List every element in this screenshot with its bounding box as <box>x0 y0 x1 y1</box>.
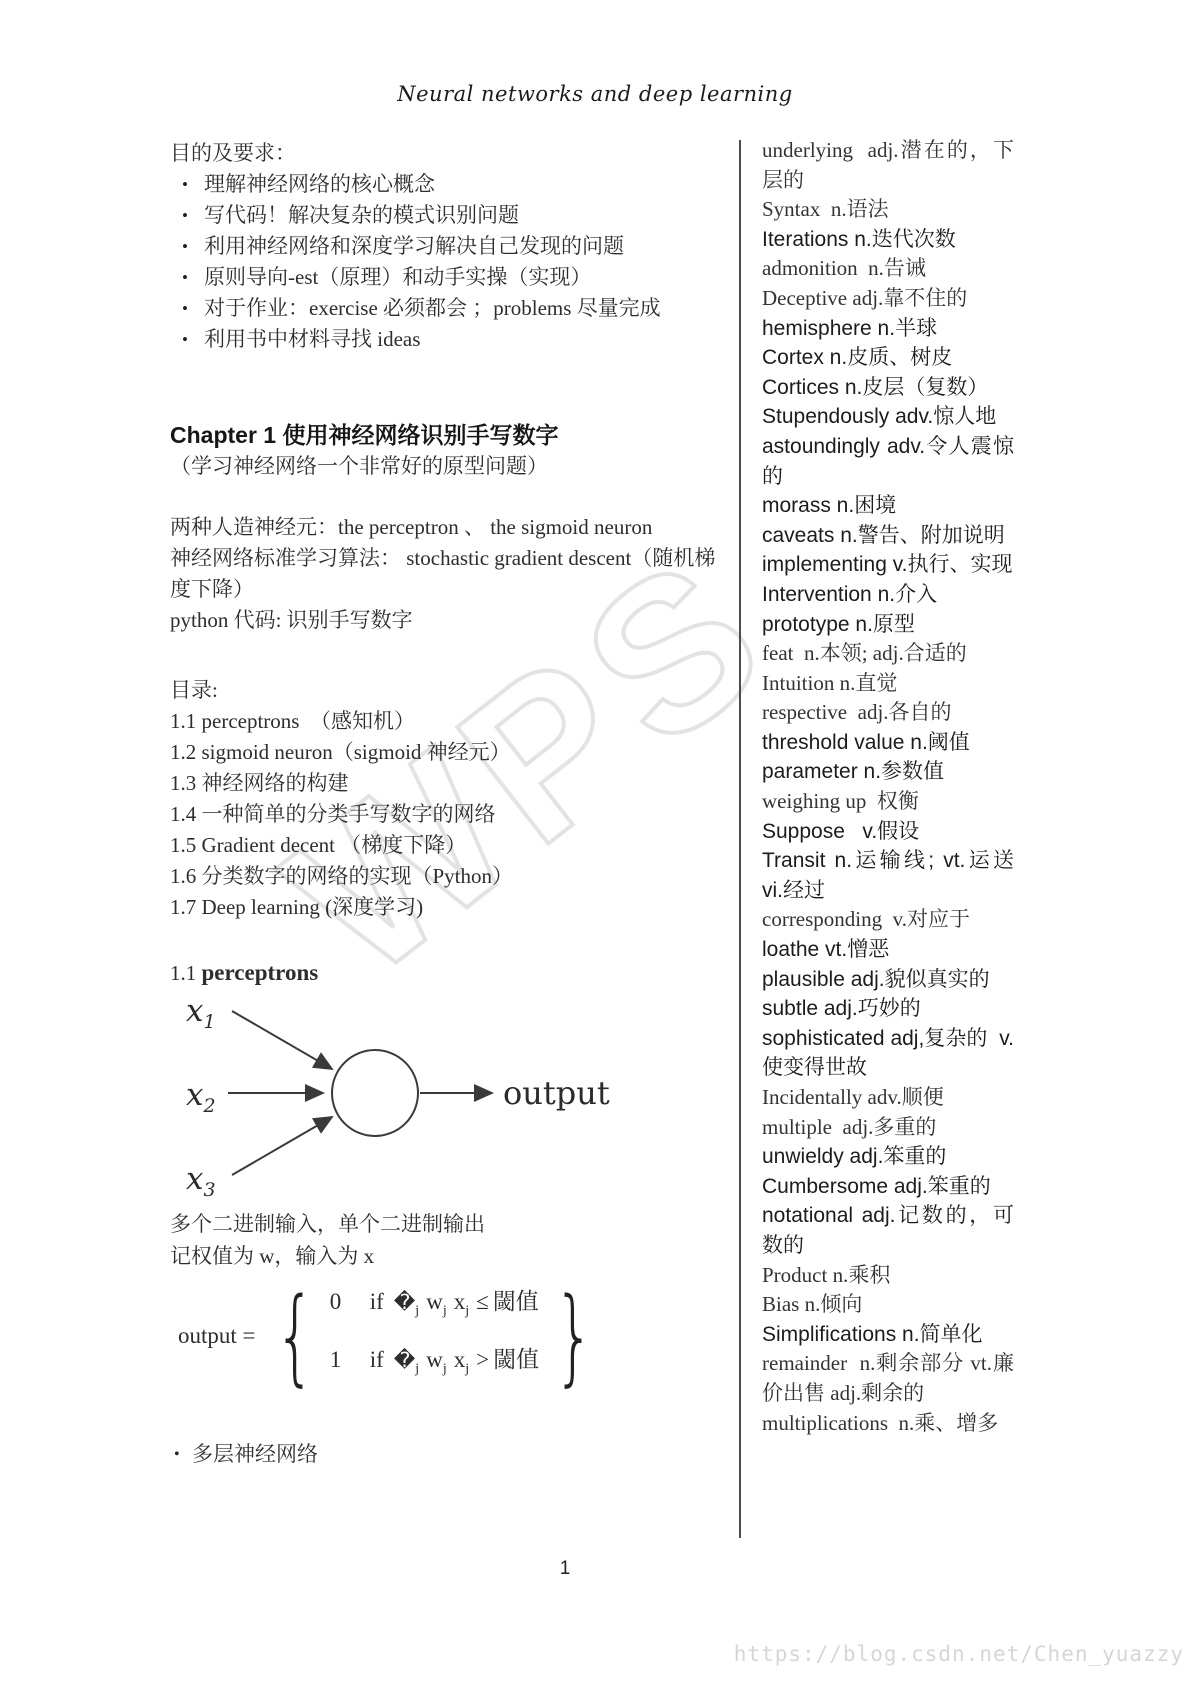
vocab-item: feat n.本领; adj.合适的 <box>762 639 1014 669</box>
vocab-item: Cortices n.皮层（复数） <box>762 373 1014 403</box>
case-operator: ≤ <box>476 1278 489 1326</box>
bullet-text: 写代码！解决复杂的模式识别问题 <box>204 200 519 231</box>
section-title: perceptrons <box>202 960 319 985</box>
vocab-item: hemisphere n.半球 <box>762 314 1014 344</box>
threshold-text: 閾值 <box>493 1278 539 1326</box>
bullet-item: 原则导向-est（原理）和动手实操（实现） <box>170 262 732 293</box>
case-if: if <box>370 1336 384 1384</box>
perceptron-formula: output = { 0 if �j wj xj ≤ 閾值 1 if �j wj <box>178 1278 732 1393</box>
formula-case: 0 if �j wj xj ≤ 閾值 <box>330 1278 539 1336</box>
vocab-item: Deceptive adj.靠不住的 <box>762 284 1014 314</box>
toc-item: 1.6 分类数字的网络的实现（Python） <box>170 861 732 892</box>
toc-item: 1.1 perceptrons （感知机） <box>170 706 732 737</box>
vocab-item: Cortex n.皮质、树皮 <box>762 343 1014 373</box>
vocab-item: weighing up 权衡 <box>762 787 1014 817</box>
bullet-dot-icon <box>170 231 204 262</box>
bullet-item: 对于作业：exercise 必须都会 ；problems 尽量完成 <box>170 293 732 324</box>
vocab-item: Suppose v.假设 <box>762 817 1014 847</box>
vocab-item: Syntax n.语法 <box>762 195 1014 225</box>
bullet-dot-icon <box>170 169 204 200</box>
note-line: 多个二进制输入，单个二进制输出 <box>170 1209 732 1241</box>
bullet-dot-icon <box>170 324 204 355</box>
input-term: xj <box>454 1336 469 1394</box>
case-if: if <box>370 1278 384 1326</box>
input-term: xj <box>454 1278 469 1336</box>
page-number: 1 <box>535 1558 595 1580</box>
toc-list: 1.1 perceptrons （感知机） 1.2 sigmoid neuron… <box>170 706 732 923</box>
bullet-dot-icon <box>170 200 204 231</box>
bullet-text: 利用书中材料寻找 ideas <box>204 324 420 355</box>
neuron-circle <box>332 1050 418 1136</box>
notes: 多个二进制输入，单个二进制输出 记权值为 w，输入为 x <box>170 1209 732 1272</box>
toc-item: 1.5 Gradient decent （梯度下降） <box>170 830 732 861</box>
bullet-item: 利用书中材料寻找 ideas <box>170 324 732 355</box>
vocab-item: Product n.乘积 <box>762 1261 1014 1291</box>
vocab-item: Intervention n.介入 <box>762 580 1014 610</box>
paragraph: python 代码: 识别手写数字 <box>170 605 732 636</box>
bullet-dot-icon <box>170 262 204 293</box>
formula-cases: 0 if �j wj xj ≤ 閾值 1 if �j wj xj > 閾值 <box>330 1278 539 1393</box>
vocab-item: respective adj.各自的 <box>762 698 1014 728</box>
vocab-item: subtle adj.巧妙的 <box>762 994 1014 1024</box>
weight-term: wj <box>426 1278 447 1336</box>
bullet-text: 多层神经网络 <box>192 1439 318 1470</box>
vocab-item: Bias n.倾向 <box>762 1290 1014 1320</box>
bullet-text: 对于作业：exercise 必须都会 ；problems 尽量完成 <box>204 293 661 324</box>
vocab-item: unwieldy adj.笨重的 <box>762 1142 1014 1172</box>
input-label-x2: x2 <box>186 1077 216 1117</box>
threshold-text: 閾值 <box>493 1336 539 1384</box>
vocab-item: notational adj.记数的，可数的 <box>762 1201 1014 1260</box>
toc-item: 1.2 sigmoid neuron（sigmoid 神经元） <box>170 737 732 768</box>
toc-heading: 目录: <box>170 675 732 706</box>
bullet-text: 理解神经网络的核心概念 <box>204 169 435 200</box>
intro-heading: 目的及要求： <box>170 138 732 169</box>
vocab-item: Intuition n.直觉 <box>762 669 1014 699</box>
bullet-item: 写代码！解决复杂的模式识别问题 <box>170 200 732 231</box>
paragraph: 两种人造神经元：the perceptron 、 the sigmoid neu… <box>170 512 732 543</box>
case-value: 1 <box>330 1336 348 1384</box>
formula-lhs: output = <box>178 1323 256 1349</box>
paragraph: 神经网络标准学习算法： stochastic gradient descent（… <box>170 543 732 605</box>
weight-term: wj <box>426 1336 447 1394</box>
vocab-item: Stupendously adv.惊人地 <box>762 402 1014 432</box>
input-label-x1: x1 <box>186 993 216 1033</box>
vocab-item: sophisticated adj,复杂的 v.使变得世故 <box>762 1024 1014 1083</box>
url-watermark: https://blog.csdn.net/Chen_yuazzy <box>734 1642 1184 1666</box>
section-number: 1.1 <box>170 961 196 985</box>
vocab-item: corresponding v.对应于 <box>762 905 1014 935</box>
toc-item: 1.4 一种简单的分类手写数字的网络 <box>170 799 732 830</box>
vocab-column: underlying adj.潜在的，下层的 Syntax n.语法 Itera… <box>762 136 1014 1438</box>
vocab-item: loathe vt.憎恶 <box>762 935 1014 965</box>
document-page: Neural networks and deep learning WPS 目的… <box>0 0 1190 1683</box>
toc-item: 1.7 Deep learning (深度学习) <box>170 892 732 923</box>
vocab-item: Iterations n.迭代次数 <box>762 225 1014 255</box>
main-column: 目的及要求： 理解神经网络的核心概念 写代码！解决复杂的模式识别问题 利用神经网… <box>170 138 732 1470</box>
vocab-item: prototype n.原型 <box>762 610 1014 640</box>
vocab-item: implementing v.执行、实现 <box>762 550 1014 580</box>
vocab-item: admonition n.告诫 <box>762 254 1014 284</box>
input-arrow-3 <box>232 1117 332 1175</box>
vocab-item: plausible adj.貌似真实的 <box>762 965 1014 995</box>
sum-term: �j <box>394 1336 419 1394</box>
input-label-x3: x3 <box>186 1161 216 1201</box>
case-operator: > <box>476 1336 489 1384</box>
bullet-item: 理解神经网络的核心概念 <box>170 169 732 200</box>
formula-right-brace: } <box>554 1286 595 1386</box>
case-value: 0 <box>330 1278 348 1326</box>
vocab-item: multiple adj.多重的 <box>762 1113 1014 1143</box>
output-label: output <box>503 1074 610 1112</box>
chapter-subtitle: （学习神经网络一个非常好的原型问题） <box>170 451 732 482</box>
section-heading: 1.1 perceptrons <box>170 957 732 989</box>
formula-case: 1 if �j wj xj > 閾值 <box>330 1336 539 1394</box>
vocab-item: Transit n.运输线; vt.运送 vi.经过 <box>762 846 1014 905</box>
vocab-item: Cumbersome adj.笨重的 <box>762 1172 1014 1202</box>
chapter-title: Chapter 1 使用神经网络识别手写数字 <box>170 419 732 451</box>
bullet-item: 利用神经网络和深度学习解决自己发现的问题 <box>170 231 732 262</box>
note-line: 记权值为 w，输入为 x <box>170 1241 732 1273</box>
vocab-item: Incidentally adv.顺便 <box>762 1083 1014 1113</box>
vocab-item: Simplifications n.简单化 <box>762 1320 1014 1350</box>
toc-item: 1.3 神经网络的构建 <box>170 768 732 799</box>
vocab-item: astoundingly adv.令人震惊的 <box>762 432 1014 491</box>
vocab-item: parameter n.参数值 <box>762 757 1014 787</box>
page-header-title: Neural networks and deep learning <box>0 82 1190 106</box>
column-divider <box>739 140 741 1538</box>
chapter-paragraphs: 两种人造神经元：the perceptron 、 the sigmoid neu… <box>170 512 732 636</box>
input-arrow-1 <box>232 1011 332 1069</box>
missing-sum-glyph: � <box>394 1348 416 1372</box>
vocab-item: threshold value n.阈值 <box>762 728 1014 758</box>
sum-term: �j <box>394 1278 419 1336</box>
bullet-item: 多层神经网络 <box>170 1439 732 1470</box>
bullet-dot-icon <box>170 1439 192 1470</box>
perceptron-diagram: x1 x2 x3 output <box>170 989 640 1209</box>
vocab-item: underlying adj.潜在的，下层的 <box>762 136 1014 195</box>
missing-sum-glyph: � <box>394 1290 416 1314</box>
formula-left-brace: { <box>274 1286 315 1386</box>
vocab-item: remainder n.剩余部分 vt.廉价出售 adj.剩余的 <box>762 1349 1014 1408</box>
bullet-text: 原则导向-est（原理）和动手实操（实现） <box>204 262 591 293</box>
bullet-text: 利用神经网络和深度学习解决自己发现的问题 <box>204 231 624 262</box>
perceptron-svg: x1 x2 x3 output <box>170 989 640 1209</box>
intro-bullet-list: 理解神经网络的核心概念 写代码！解决复杂的模式识别问题 利用神经网络和深度学习解… <box>170 169 732 355</box>
vocab-item: multiplications n.乘、增多 <box>762 1409 1014 1439</box>
vocab-item: morass n.困境 <box>762 491 1014 521</box>
vocab-item: caveats n.警告、附加说明 <box>762 521 1014 551</box>
bullet-dot-icon <box>170 293 204 324</box>
